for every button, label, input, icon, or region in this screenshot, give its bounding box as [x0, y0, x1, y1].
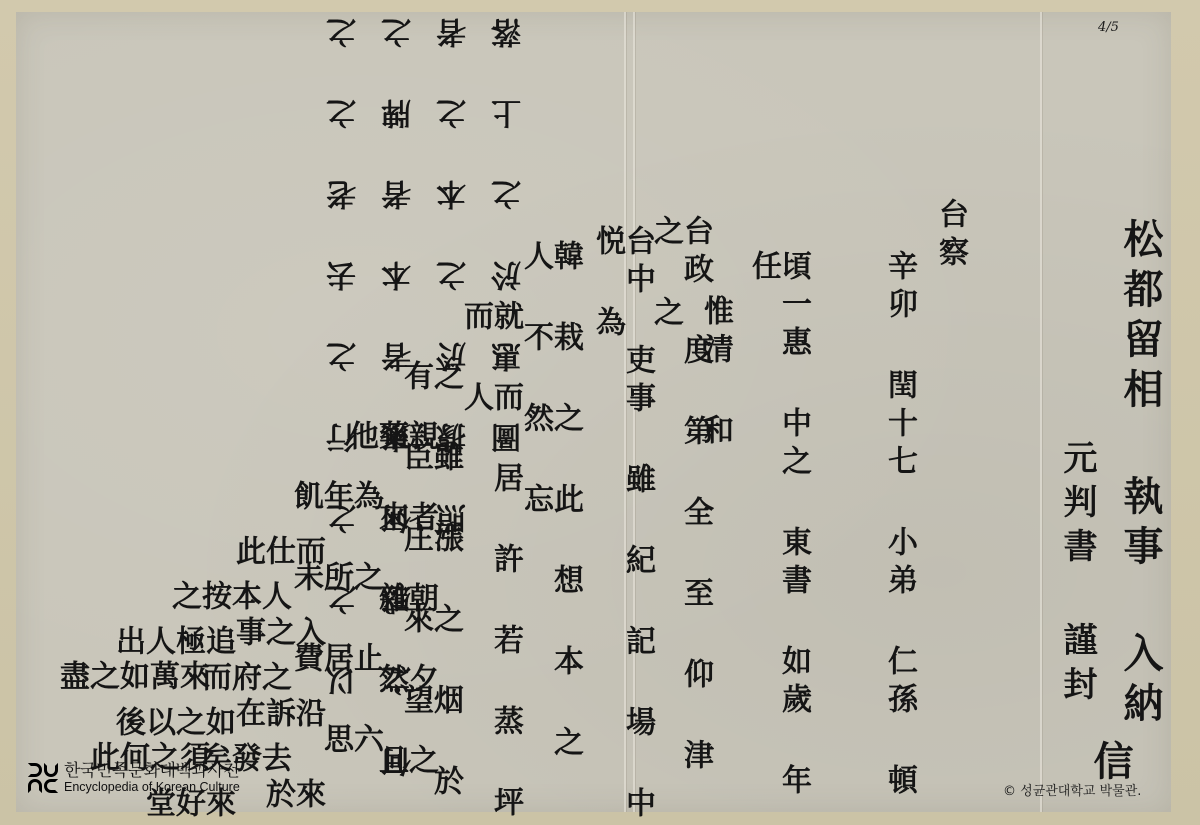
copyright-notice: © 성균관대학교 박물관. — [1003, 780, 1141, 799]
postscript-column: 何 之 感 何 東 者 本 者 牌 之 — [385, 10, 415, 777]
postscript-column: 以 之 之 行 之 去 老 之 之 — [330, 10, 360, 696]
encyclopedia-watermark: 한국민족문화대백과사전 Encyclopedia of Korean Cultu… — [28, 763, 240, 794]
addressee-column: 松都留相 執事 入納 — [1120, 218, 1160, 732]
fold-line — [1040, 12, 1042, 812]
text-column: 台察 — [935, 198, 965, 274]
text-column: 來 須 萬 之 如 何 之 此 盡 — [56, 660, 206, 825]
text-column: 台政 度 第 全 至 仰 津 之 之 — [650, 215, 710, 825]
watermark-english-title: Encyclopedia of Korean Culture — [64, 781, 240, 794]
page-number: 4/5 — [1098, 20, 1119, 35]
watermark-korean-title: 한국민족문화대백과사전 — [64, 763, 240, 781]
encyclopedia-logo-icon — [28, 763, 58, 793]
text-column: 辛卯 閏十七 小弟 仁孫 頓 — [884, 250, 914, 802]
text-column: 韓 栽 之 此 想 本 之 人 不 然 忘 — [520, 240, 580, 825]
postscript-column: 圖 惠 於 之 上 落 — [495, 10, 525, 453]
postscript-column: 照 據 於 之 本 之 者 — [440, 10, 470, 534]
sender-note-column: 元判書 謹封 — [1060, 440, 1094, 710]
text-column: 台中 吏事 雖 紀 記 場 中 悦 為 — [592, 225, 652, 825]
text-column: 頃一惠 中之 東書 如歲 年 任 — [748, 250, 808, 825]
